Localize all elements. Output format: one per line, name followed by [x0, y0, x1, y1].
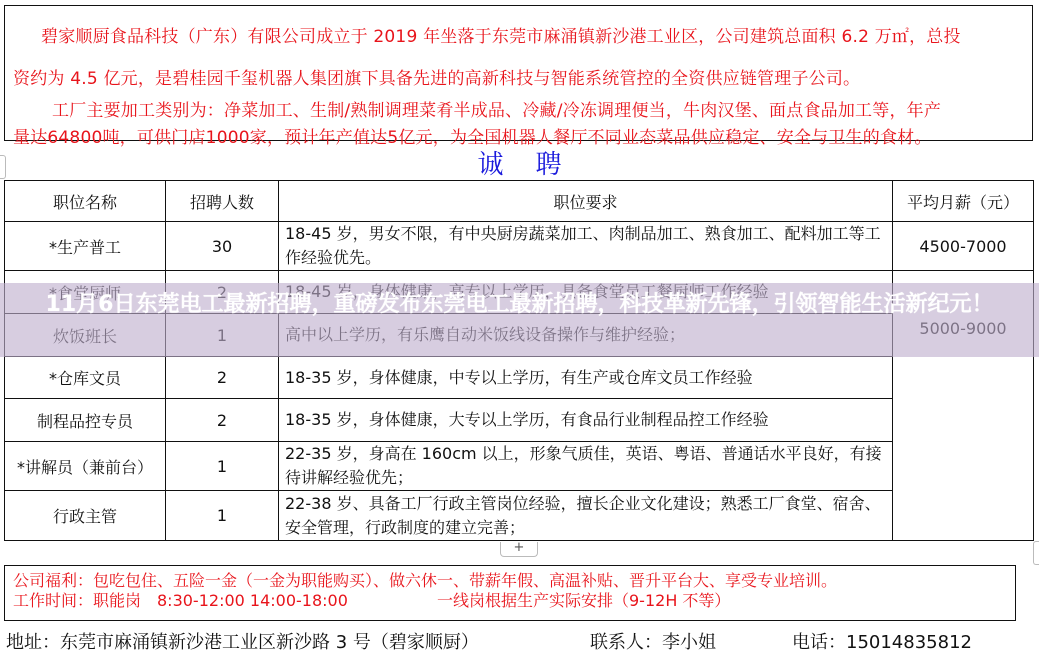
header-count: 招聘人数: [166, 181, 279, 222]
position-requirements: 22-35 岁，身高在 160cm 以上，形象气质佳，英语、粤语、普通话水平良好…: [279, 442, 893, 491]
position-salary: 4500-7000: [893, 222, 1034, 271]
position-requirements: 18-35 岁，身体健康，大专以上学历，有食品行业制程品控工作经验: [279, 399, 893, 442]
intro-line-3: 工厂主要加工类别为：净菜加工、生制/熟制调理菜肴半成品、冷藏/冷冻调理便当，牛肉…: [52, 96, 941, 121]
position-count: 2: [166, 399, 279, 442]
position-name: 制程品控专员: [5, 399, 166, 442]
position-count: 1: [166, 442, 279, 491]
table-row: *讲解员（兼前台） 1 22-35 岁，身高在 160cm 以上，形象气质佳，英…: [5, 442, 1034, 491]
intro-line-2: 资约为 4.5 亿元，是碧桂园千玺机器人集团旗下具备先进的高新科技与智能系统管控…: [13, 64, 860, 89]
header-salary: 平均月薪（元）: [893, 181, 1034, 222]
contact-phone: 电话：15014835812: [792, 628, 972, 654]
contact-person: 联系人：李小姐: [590, 628, 716, 654]
position-requirements: 22-38 岁、具备工厂行政主管岗位经验，擅长企业文化建设；熟悉工厂食堂、宿舍、…: [279, 491, 893, 541]
position-requirements: 18-35 岁，身体健康，中专以上学历，有生产或仓库文员工作经验: [279, 357, 893, 399]
page-title: 诚聘: [0, 144, 1039, 181]
position-count: 2: [166, 357, 279, 399]
work-hours-production: 一线岗根据生产实际安排（9-12H 不等）: [437, 588, 730, 611]
position-name: *生产普工: [5, 222, 166, 271]
position-name: *仓库文员: [5, 357, 166, 399]
intro-line-1: 碧家顺厨食品科技（广东）有限公司成立于 2019 年坐落于东莞市麻涌镇新沙港工业…: [41, 22, 961, 47]
headline-overlay-text: 11月6日东莞电工最新招聘，重磅发布东莞电工最新招聘，科技革新先锋，引领智能生活…: [0, 290, 1039, 320]
table-row: 制程品控专员 2 18-35 岁，身体健康，大专以上学历，有食品行业制程品控工作…: [5, 399, 1034, 442]
position-name: *讲解员（兼前台）: [5, 442, 166, 491]
add-row-button[interactable]: +: [500, 542, 538, 557]
position-requirements: 18-45 岁，男女不限，有中央厨房蔬菜加工、肉制品加工、熟食加工、配料加工等工…: [279, 222, 893, 271]
position-count: 1: [166, 491, 279, 541]
right-edge-handle[interactable]: [1033, 541, 1039, 565]
benefits-box: 公司福利：包吃包住、五险一金（一金为职能购买）、做六休一、带薪年假、高温补贴、晋…: [4, 565, 1016, 621]
table-row: *仓库文员 2 18-35 岁，身体健康，中专以上学历，有生产或仓库文员工作经验: [5, 357, 1034, 399]
table-row: 行政主管 1 22-38 岁、具备工厂行政主管岗位经验，擅长企业文化建设；熟悉工…: [5, 491, 1034, 541]
table-row: *生产普工 30 18-45 岁，男女不限，有中央厨房蔬菜加工、肉制品加工、熟食…: [5, 222, 1034, 271]
contact-address: 地址：东莞市麻涌镇新沙港工业区新沙路 3 号（碧家顺厨）: [6, 628, 479, 654]
work-hours-line: 工作时间：职能岗 8:30-12:00 14:00-18:00 一线岗根据生产实…: [13, 588, 348, 611]
position-name: 行政主管: [5, 491, 166, 541]
work-hours-office: 工作时间：职能岗 8:30-12:00 14:00-18:00: [13, 591, 348, 610]
position-count: 30: [166, 222, 279, 271]
header-requirements: 职位要求: [279, 181, 893, 222]
header-position: 职位名称: [5, 181, 166, 222]
company-intro-box: 碧家顺厨食品科技（广东）有限公司成立于 2019 年坐落于东莞市麻涌镇新沙港工业…: [4, 5, 1033, 141]
table-header-row: 职位名称 招聘人数 职位要求 平均月薪（元）: [5, 181, 1034, 222]
job-table: 职位名称 招聘人数 职位要求 平均月薪（元） *生产普工 30 18-45 岁，…: [4, 180, 1034, 541]
